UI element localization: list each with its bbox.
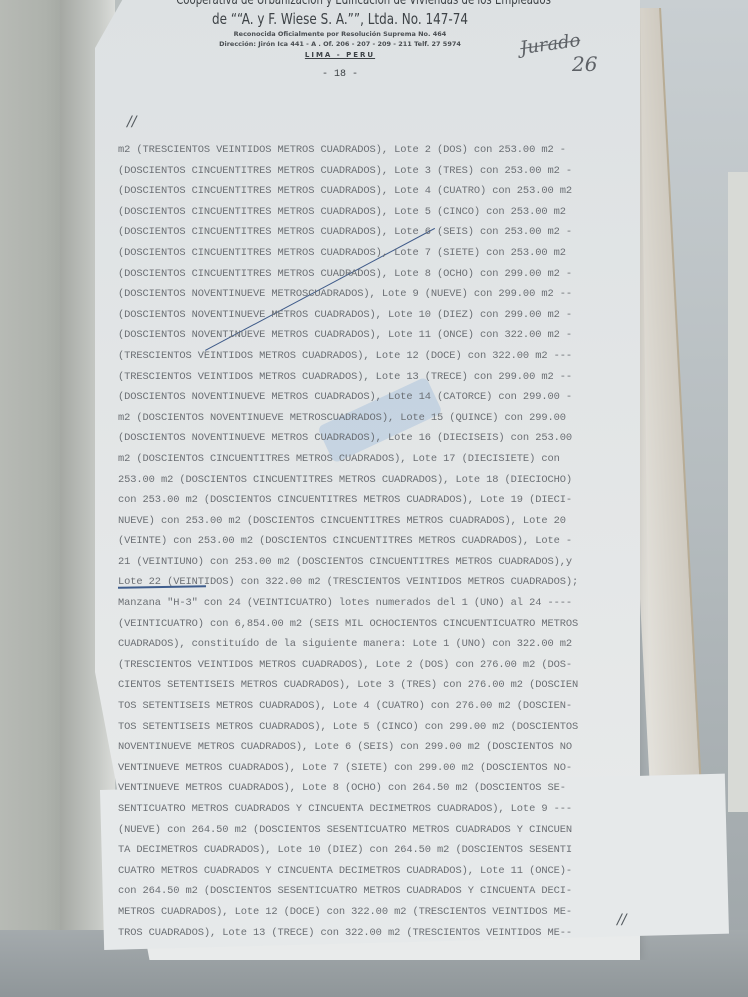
- text-line: TOS SETENTISEIS METROS CUADRADOS), Lote …: [118, 696, 658, 717]
- letterhead-city: LIMA - PERU: [130, 51, 550, 59]
- text-line: (DOSCIENTOS NOVENTINUEVE METROS CUADRADO…: [118, 428, 658, 449]
- text-line: (DOSCIENTOS CINCUENTITRES METROS CUADRAD…: [118, 202, 658, 223]
- document-body: m2 (TRESCIENTOS VEINTIDOS METROS CUADRAD…: [118, 140, 658, 943]
- letterhead-address: Dirección: Jirón Ica 441 - A . Of. 206 -…: [130, 40, 550, 48]
- text-line: (TRESCIENTOS VEINTIDOS METROS CUADRADOS)…: [118, 367, 658, 388]
- text-line: NUEVE) con 253.00 m2 (DOSCIENTOS CINCUEN…: [118, 511, 658, 532]
- handwritten-folio-number: 26: [572, 52, 597, 76]
- text-line: (DOSCIENTOS NOVENTINUEVE METROSCUADRADOS…: [118, 284, 658, 305]
- text-line: (DOSCIENTOS CINCUENTITRES METROS CUADRAD…: [118, 222, 658, 243]
- text-line: (DOSCIENTOS CINCUENTITRES METROS CUADRAD…: [118, 243, 658, 264]
- letterhead-org-name: Cooperativa de Urbanización y Edificació…: [176, 0, 504, 8]
- text-line: m2 (DOSCIENTOS CINCUENTITRES METROS CUAD…: [118, 449, 658, 470]
- text-line: CUATRO METROS CUADRADOS Y CINCUENTA DECI…: [118, 861, 658, 882]
- text-line: (DOSCIENTOS CINCUENTITRES METROS CUADRAD…: [118, 264, 658, 285]
- continuation-mark-top: //: [127, 114, 136, 130]
- text-line: NOVENTINUEVE METROS CUADRADOS), Lote 6 (…: [118, 737, 658, 758]
- text-line: (DOSCIENTOS CINCUENTITRES METROS CUADRAD…: [118, 161, 658, 182]
- text-line-manzana-h3: Manzana "H-3" con 24 (VEINTICUATRO) lote…: [118, 593, 658, 614]
- text-line: CIENTOS SETENTISEIS METROS CUADRADOS), L…: [118, 675, 658, 696]
- letterhead-recognition: Reconocida Oficialmente por Resolución S…: [130, 30, 550, 38]
- text-line: (TRESCIENTOS VEINTIDOS METROS CUADRADOS)…: [118, 346, 658, 367]
- text-line: con 264.50 m2 (DOSCIENTOS SESENTICUATRO …: [118, 881, 658, 902]
- text-line: (DOSCIENTOS NOVENTINUEVE METROS CUADRADO…: [118, 305, 658, 326]
- text-line: VENTINUEVE METROS CUADRADOS), Lote 8 (OC…: [118, 778, 658, 799]
- text-line: (VEINTE) con 253.00 m2 (DOSCIENTOS CINCU…: [118, 531, 658, 552]
- text-line: m2 (TRESCIENTOS VEINTIDOS METROS CUADRAD…: [118, 140, 658, 161]
- text-line: VENTINUEVE METROS CUADRADOS), Lote 7 (SI…: [118, 758, 658, 779]
- text-line: m2 (DOSCIENTOS NOVENTINUEVE METROSCUADRA…: [118, 408, 658, 429]
- text-line: 21 (VEINTIUNO) con 253.00 m2 (DOSCIENTOS…: [118, 552, 658, 573]
- background-sheet-edge: [728, 172, 748, 812]
- text-line: TROS CUADRADOS), Lote 13 (TRECE) con 322…: [118, 923, 658, 944]
- text-line: con 253.00 m2 (DOSCIENTOS CINCUENTITRES …: [118, 490, 658, 511]
- letterhead-org-name-2: de ““A. y F. Wiese S. A.””, Ltda. No. 14…: [172, 10, 508, 28]
- text-line: (TRESCIENTOS VEINTIDOS METROS CUADRADOS)…: [118, 655, 658, 676]
- text-line: METROS CUADRADOS), Lote 12 (DOCE) con 32…: [118, 902, 658, 923]
- text-line: (DOSCIENTOS NOVENTINUEVE METROS CUADRADO…: [118, 387, 658, 408]
- page-number: - 18 -: [130, 69, 550, 80]
- letterhead: Cooperativa de Urbanización y Edificació…: [130, 0, 550, 80]
- text-line: (DOSCIENTOS NOVENTINUEVE METROS CUADRADO…: [118, 325, 658, 346]
- text-line: SENTICUATRO METROS CUADRADOS Y CINCUENTA…: [118, 799, 658, 820]
- text-line: (NUEVE) con 264.50 m2 (DOSCIENTOS SESENT…: [118, 820, 658, 841]
- text-line: TOS SETENTISEIS METROS CUADRADOS), Lote …: [118, 717, 658, 738]
- text-line: Lote 22 (VEINTIDOS) con 322.00 m2 (TRESC…: [118, 572, 658, 593]
- text-line: TA DECIMETROS CUADRADOS), Lote 10 (DIEZ)…: [118, 840, 658, 861]
- text-line: (DOSCIENTOS CINCUENTITRES METROS CUADRAD…: [118, 181, 658, 202]
- text-line: 253.00 m2 (DOSCIENTOS CINCUENTITRES METR…: [118, 470, 658, 491]
- text-line: (VEINTICUATRO) con 6,854.00 m2 (SEIS MIL…: [118, 614, 658, 635]
- text-line: CUADRADOS), constituído de la siguiente …: [118, 634, 658, 655]
